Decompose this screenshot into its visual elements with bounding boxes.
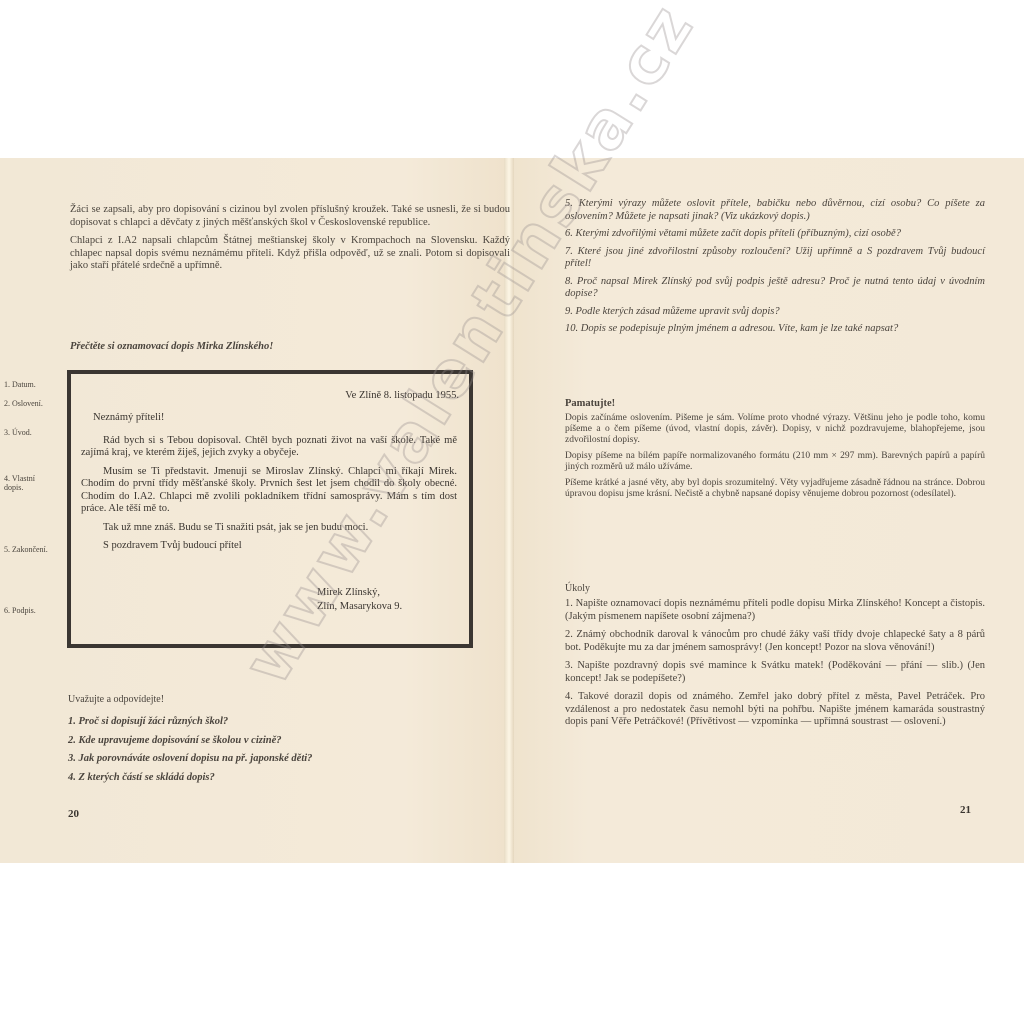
page-number-left: 20 — [68, 808, 79, 820]
question-item: 3. Jak porovnáváte oslovení dopisu na př… — [68, 753, 488, 766]
sample-letter: Ve Zlíně 8. listopadu 1955. Neznámý přít… — [67, 370, 473, 648]
question-item: 10. Dopis se podepisuje plným jménem a a… — [565, 323, 985, 336]
intro-paragraph: Žáci se zapsali, aby pro dopisování s ci… — [70, 204, 510, 229]
book-spread: Žáci se zapsali, aby pro dopisování s ci… — [0, 158, 1024, 863]
task-item: 4. Takové dorazil dopis od známého. Zemř… — [565, 691, 985, 729]
questions-list-left: 1. Proč si dopisují žáci různých škol? 2… — [68, 716, 488, 790]
question-item: 4. Z kterých částí se skládá dopis? — [68, 772, 488, 785]
signature-address: Zlín, Masarykova 9. — [317, 600, 402, 614]
question-item: 2. Kde upravujeme dopisování se školou v… — [68, 735, 488, 748]
margin-label-date: 1. Datum. — [4, 380, 50, 389]
question-item: 8. Proč napsal Mirek Zlínský pod svůj po… — [565, 276, 985, 301]
letter-heading: Přečtěte si oznamovací dopis Mirka Zlíns… — [70, 341, 490, 354]
remember-paragraph: Dopisy píšeme na bílém papíře normalizov… — [565, 451, 985, 473]
questions-list-right: 5. Kterými výrazy můžete oslovit přítele… — [565, 198, 985, 341]
letter-paragraph: Rád bych si s Tebou dopisoval. Chtěl byc… — [81, 435, 457, 460]
letter-date: Ve Zlíně 8. listopadu 1955. — [345, 390, 459, 401]
question-item: 7. Které jsou jiné zdvořilostní způsoby … — [565, 246, 985, 271]
remember-title: Pamatujte! — [565, 398, 615, 411]
question-item: 1. Proč si dopisují žáci různých škol? — [68, 716, 488, 729]
question-item: 6. Kterými zdvořilými větami můžete začí… — [565, 228, 985, 241]
task-item: 3. Napište pozdravný dopis své mamince k… — [565, 660, 985, 685]
margin-label-signature: 6. Podpis. — [4, 606, 50, 615]
letter-paragraph: Tak už mne znáš. Budu se Ti snažiti psát… — [81, 522, 457, 535]
margin-label-salutation: 2. Oslovení. — [4, 399, 50, 408]
letter-paragraph: Musím se Ti představit. Jmenuji se Miros… — [81, 466, 457, 516]
letter-signature: Mirek Zlínský, Zlín, Masarykova 9. — [317, 586, 402, 614]
task-item: 2. Známý obchodník daroval k vánocům pro… — [565, 629, 985, 654]
task-item: 1. Napište oznamovací dopis neznámému př… — [565, 598, 985, 623]
questions-title: Uvažujte a odpovídejte! — [68, 694, 368, 707]
remember-notes: Dopis začínáme oslovením. Pišeme je sám.… — [565, 413, 985, 505]
question-item: 5. Kterými výrazy můžete oslovit přítele… — [565, 198, 985, 223]
intro-text: Žáci se zapsali, aby pro dopisování s ci… — [70, 204, 510, 279]
intro-paragraph: Chlapci z I.A2 napsali chlapcům Štátnej … — [70, 235, 510, 273]
margin-label-closing: 5. Zakončení. — [4, 545, 50, 554]
tasks-list: 1. Napište oznamovací dopis neznámému př… — [565, 598, 985, 735]
tasks-title: Úkoly — [565, 583, 590, 596]
margin-label-body: 4. Vlastní dopis. — [4, 474, 50, 492]
letter-closing: S pozdravem Tvůj budoucí přítel — [81, 540, 457, 553]
remember-paragraph: Dopis začínáme oslovením. Pišeme je sám.… — [565, 413, 985, 446]
question-item: 9. Podle kterých zásad můžeme upravit sv… — [565, 306, 985, 319]
remember-paragraph: Píšeme krátké a jasné věty, aby byl dopi… — [565, 478, 985, 500]
page-number-right: 21 — [960, 804, 971, 816]
letter-body: Neznámý příteli! Rád bych si s Tebou dop… — [81, 412, 457, 559]
letter-salutation: Neznámý příteli! — [81, 412, 457, 425]
signature-name: Mirek Zlínský, — [317, 586, 402, 600]
margin-label-intro: 3. Úvod. — [4, 428, 50, 437]
